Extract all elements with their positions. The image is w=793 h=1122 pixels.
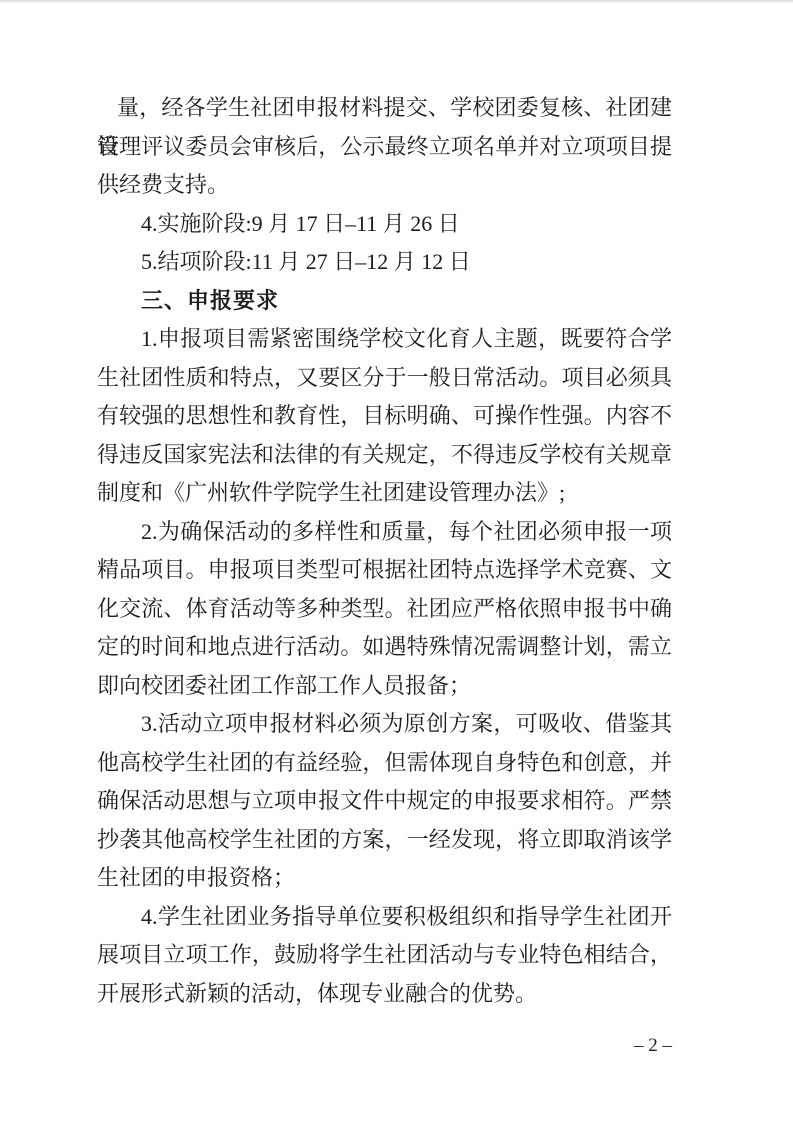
- requirement-1: 1.申报项目需紧密围绕学校文化育人主题，既要符合学生社团性质和特点，又要区分于一…: [97, 320, 672, 513]
- text-line: 即向校团委社团工作部工作人员报备；: [97, 667, 672, 706]
- para-continuation-funding: 量，经各学生社团申报材料提交、学校团委复核、社团建设管理评议委员会审核后，公示最…: [97, 89, 672, 205]
- section-heading-application-requirements: 三、申报要求: [97, 282, 672, 321]
- text-line: 抄袭其他高校学生社团的方案，一经发现，将立即取消该学: [97, 821, 672, 860]
- text-line: 得违反国家宪法和法律的有关规定，不得违反学校有关规章: [97, 436, 672, 475]
- document-body: 量，经各学生社团申报材料提交、学校团委复核、社团建设管理评议委员会审核后，公示最…: [97, 89, 672, 1013]
- text-line: 生社团的申报资格；: [97, 859, 672, 898]
- text-line: 有较强的思想性和教育性，目标明确、可操作性强。内容不: [97, 397, 672, 436]
- text-line: 三、申报要求: [97, 282, 672, 321]
- text-line: 2.为确保活动的多样性和质量，每个社团必须申报一项: [97, 513, 672, 552]
- item-4-implementation-phase: 4.实施阶段:9 月 17 日–11 月 26 日: [97, 205, 672, 244]
- item-5-closing-phase: 5.结项阶段:11 月 27 日–12 月 12 日: [97, 243, 672, 282]
- text-line: 4.实施阶段:9 月 17 日–11 月 26 日: [97, 205, 672, 244]
- document-page: 量，经各学生社团申报材料提交、学校团委复核、社团建设管理评议委员会审核后，公示最…: [0, 0, 793, 1122]
- text-line: 化交流、体育活动等多种类型。社团应严格依照申报书中确: [97, 590, 672, 629]
- text-line: 定的时间和地点进行活动。如遇特殊情况需调整计划，需立: [97, 628, 672, 667]
- text-line: 开展形式新颖的活动，体现专业融合的优势。: [97, 975, 672, 1014]
- text-line: 量，经各学生社团申报材料提交、学校团委复核、社团建设: [97, 89, 672, 128]
- text-line: 他高校学生社团的有益经验，但需体现自身特色和创意，并: [97, 744, 672, 783]
- text-line: 供经费支持。: [97, 166, 672, 205]
- text-line: 展项目立项工作，鼓励将学生社团活动与专业特色相结合，: [97, 936, 672, 975]
- text-line: 1.申报项目需紧密围绕学校文化育人主题，既要符合学: [97, 320, 672, 359]
- requirement-2: 2.为确保活动的多样性和质量，每个社团必须申报一项精品项目。申报项目类型可根据社…: [97, 513, 672, 706]
- text-line: 精品项目。申报项目类型可根据社团特点选择学术竞赛、文: [97, 551, 672, 590]
- text-line: 管理评议委员会审核后，公示最终立项名单并对立项项目提: [97, 128, 672, 167]
- text-line: 制度和《广州软件学院学生社团建设管理办法》;: [97, 474, 672, 513]
- requirement-3: 3.活动立项申报材料必须为原创方案，可吸收、借鉴其他高校学生社团的有益经验，但需…: [97, 705, 672, 898]
- requirement-4: 4.学生社团业务指导单位要积极组织和指导学生社团开展项目立项工作，鼓励将学生社团…: [97, 898, 672, 1014]
- text-line: 确保活动思想与立项申报文件中规定的申报要求相符。严禁: [97, 782, 672, 821]
- scan-top-shadow: [0, 0, 793, 4]
- page-number: – 2 –: [634, 1032, 672, 1060]
- text-line: 5.结项阶段:11 月 27 日–12 月 12 日: [97, 243, 672, 282]
- text-line: 4.学生社团业务指导单位要积极组织和指导学生社团开: [97, 898, 672, 937]
- text-line: 生社团性质和特点，又要区分于一般日常活动。项目必须具: [97, 359, 672, 398]
- text-line: 3.活动立项申报材料必须为原创方案，可吸收、借鉴其: [97, 705, 672, 744]
